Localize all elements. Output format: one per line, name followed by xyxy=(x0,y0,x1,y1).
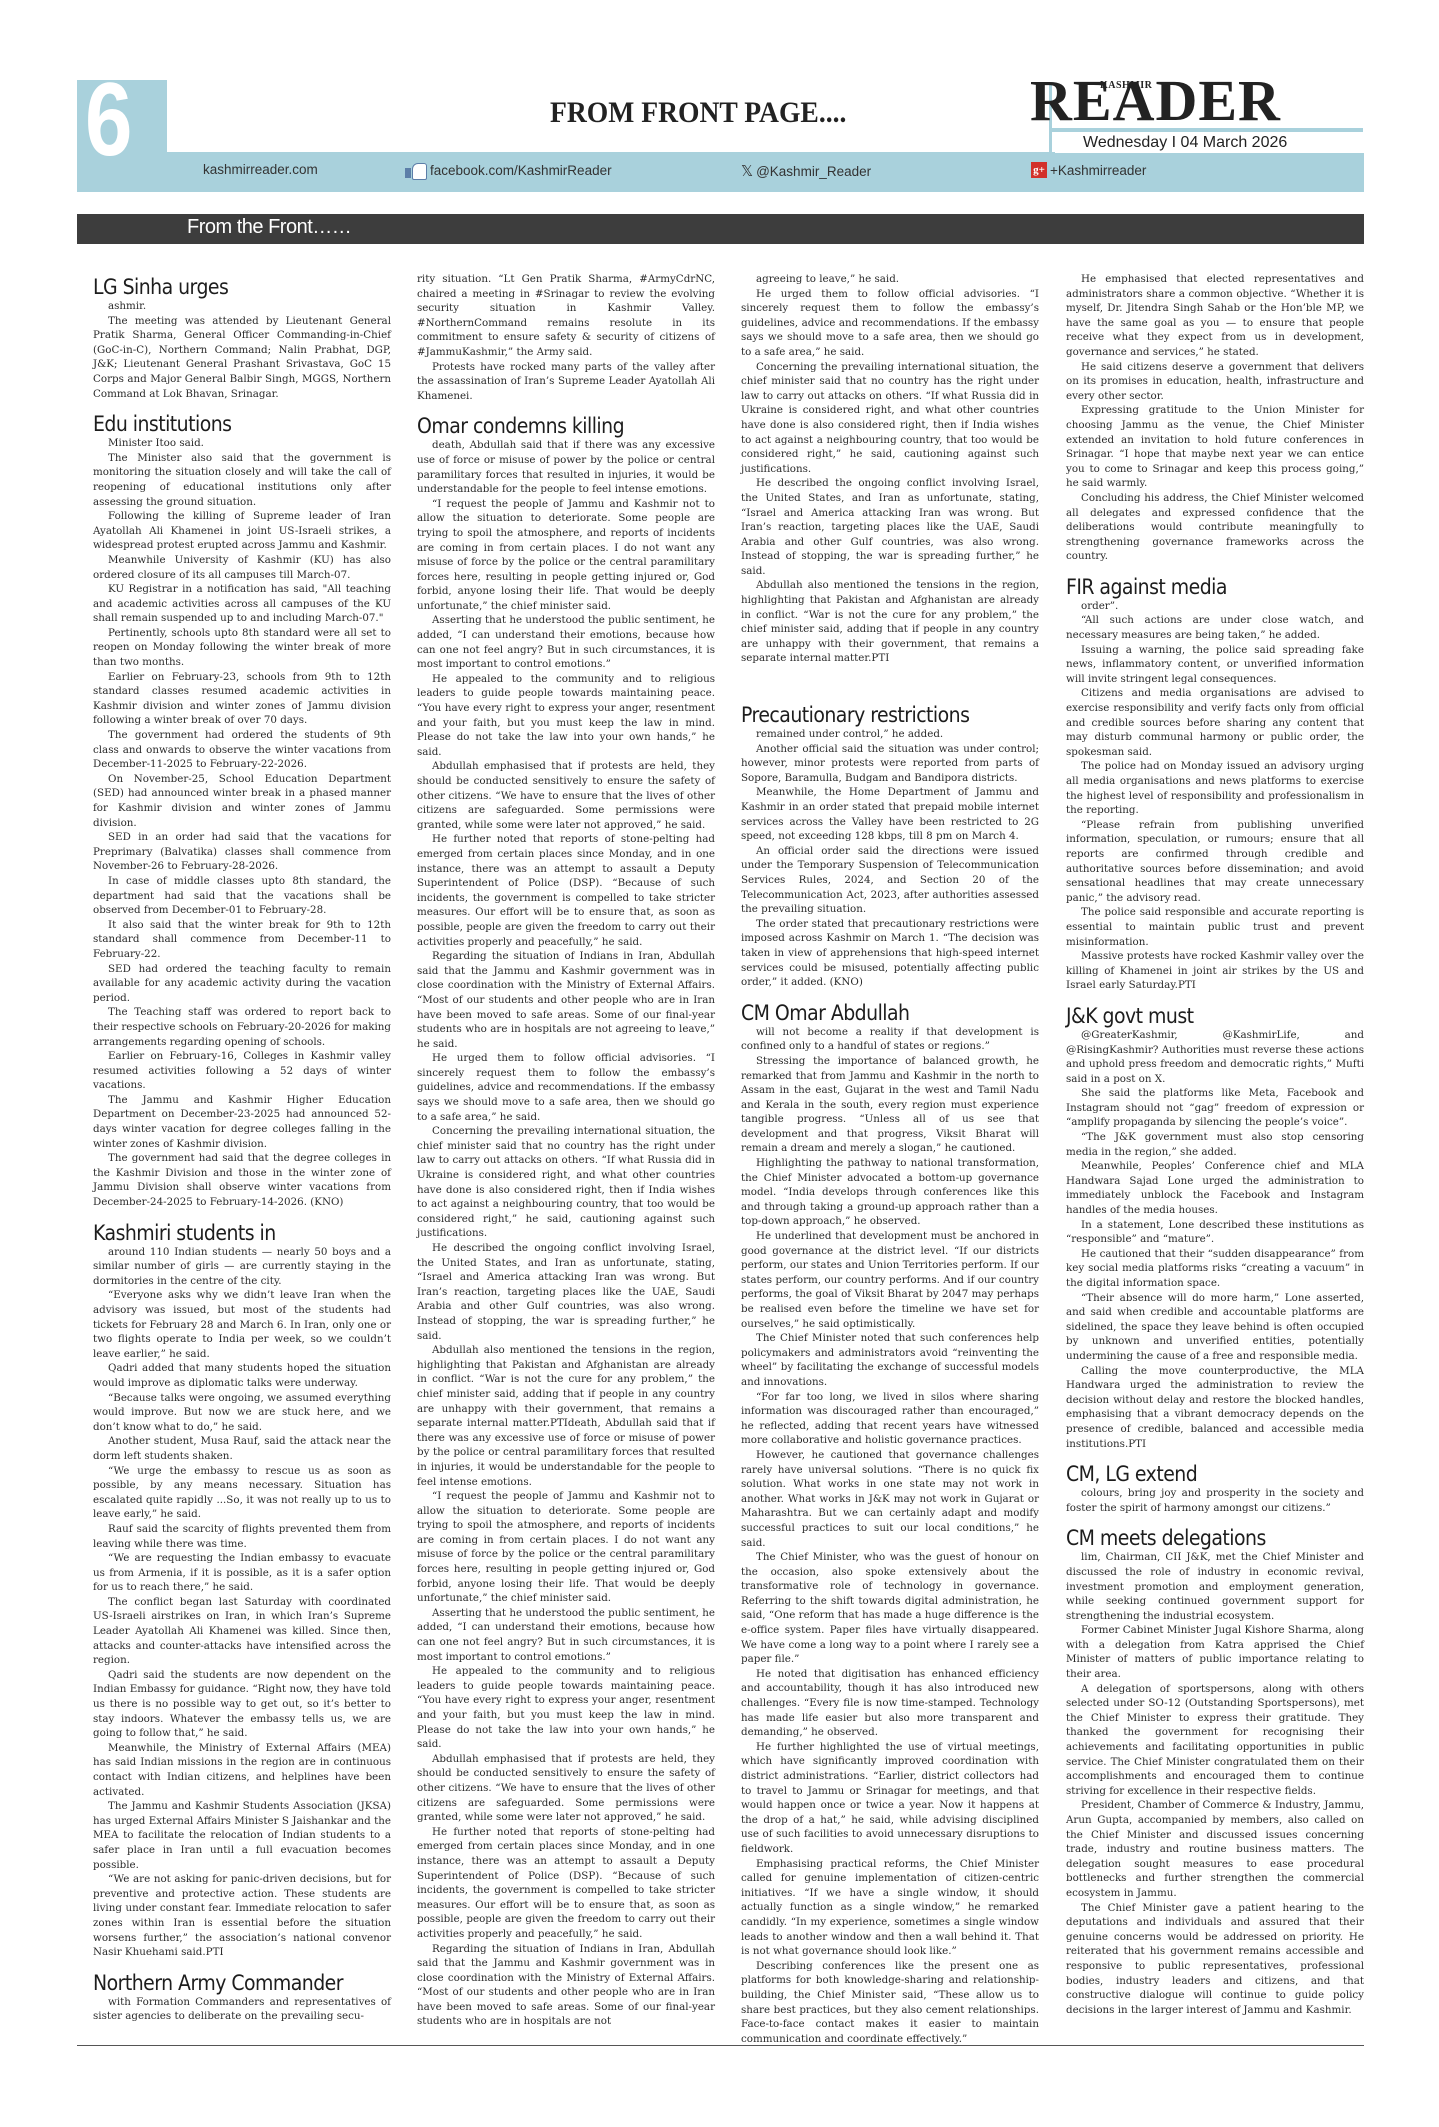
paragraph: @GreaterKashmir, @KashmirLife, and @Risi… xyxy=(1066,1028,1364,1086)
paragraph: “We are not asking for panic-driven deci… xyxy=(93,1872,391,1960)
article-omar-continued: agreeing to leave,” he said.He urged the… xyxy=(741,272,1039,666)
paragraph: He described the ongoing conflict involv… xyxy=(417,1241,715,1343)
x-logo-icon: 𝕏 xyxy=(741,162,753,180)
page-title: FROM FRONT PAGE.... xyxy=(550,96,846,130)
x-link[interactable]: 𝕏@Kashmir_Reader xyxy=(741,162,871,180)
paragraph: He appealed to the community and to reli… xyxy=(417,672,715,760)
column-3: agreeing to leave,” he said.He urged the… xyxy=(741,272,1039,2046)
paragraph: Another student, Musa Rauf, said the att… xyxy=(93,1434,391,1463)
headline: Omar condemns killing xyxy=(417,415,685,437)
article-cm-omar-abdullah: CM Omar Abdullah will not become a reali… xyxy=(741,1002,1039,2047)
paragraph: agreeing to leave,” he said. xyxy=(741,272,1039,287)
paragraph: “All such actions are under close watch,… xyxy=(1066,613,1364,642)
paragraph: Rauf said the scarcity of flights preven… xyxy=(93,1522,391,1551)
paragraph: Another official said the situation was … xyxy=(741,742,1039,786)
column-1: LG Sinha urges ashmir.The meeting was at… xyxy=(93,272,391,2024)
paragraph: Highlighting the pathway to national tra… xyxy=(741,1156,1039,1229)
paragraph: will not become a reality if that develo… xyxy=(741,1025,1039,1054)
paragraph: However, he cautioned that governance ch… xyxy=(741,1448,1039,1550)
paragraph: remained under control,” he added. xyxy=(741,727,1039,742)
article-cm-omar-continued: He emphasised that elected representativ… xyxy=(1066,272,1364,564)
paragraph: The Chief Minister noted that such confe… xyxy=(741,1331,1039,1389)
paragraph: Minister Itoo said. xyxy=(93,436,391,451)
paragraph: SED had ordered the teaching faculty to … xyxy=(93,962,391,1006)
paragraph: On November-25, School Education Departm… xyxy=(93,772,391,830)
paragraph: Meanwhile, Peoples’ Conference chief and… xyxy=(1066,1159,1364,1217)
paragraph: He urged them to follow official advisor… xyxy=(741,287,1039,360)
paragraph: The conflict began last Saturday with co… xyxy=(93,1595,391,1668)
paragraph: “The J&K government must also stop censo… xyxy=(1066,1130,1364,1159)
paragraph: The Minister also said that the governme… xyxy=(93,451,391,509)
article-body: @GreaterKashmir, @KashmirLife, and @Risi… xyxy=(1066,1028,1364,1451)
paragraph: The Teaching staff was ordered to report… xyxy=(93,1005,391,1049)
article-northern-army: Northern Army Commander with Formation C… xyxy=(93,1972,391,2024)
paragraph: The order stated that precautionary rest… xyxy=(741,917,1039,990)
paragraph: Calling the move counterproductive, the … xyxy=(1066,1364,1364,1452)
article-kashmiri-students: Kashmiri students in around 110 Indian s… xyxy=(93,1222,391,1960)
article-body: with Formation Commanders and representa… xyxy=(93,1995,391,2024)
article-body: ashmir.The meeting was attended by Lieut… xyxy=(93,299,391,401)
paragraph: He appealed to the community and to reli… xyxy=(417,1664,715,1752)
paragraph: Meanwhile University of Kashmir (KU) has… xyxy=(93,553,391,582)
paragraph: Meanwhile, the Home Department of Jammu … xyxy=(741,785,1039,843)
brand-logo-small: KASHMIR xyxy=(1100,80,1152,91)
paragraph: Qadri added that many students hoped the… xyxy=(93,1361,391,1390)
paragraph: around 110 Indian students — nearly 50 b… xyxy=(93,1245,391,1289)
paragraph: He further noted that reports of stone-p… xyxy=(417,1825,715,1942)
paragraph: “Their absence will do more harm,” Lone … xyxy=(1066,1291,1364,1364)
paragraph: KU Registrar in a notification has said,… xyxy=(93,582,391,626)
article-body: lim, Chairman, CII J&K, met the Chief Mi… xyxy=(1066,1550,1364,2017)
paragraph: order”. xyxy=(1066,599,1364,614)
paragraph: Expressing gratitude to the Union Minist… xyxy=(1066,403,1364,491)
article-precautionary-restrictions: Precautionary restrictions remained unde… xyxy=(741,704,1039,990)
paragraph: The government had ordered the students … xyxy=(93,728,391,772)
paragraph: “Because talks were ongoing, we assumed … xyxy=(93,1391,391,1435)
headline: CM, LG extend xyxy=(1066,1463,1334,1485)
paragraph: Abdullah emphasised that if protests are… xyxy=(417,759,715,832)
paragraph: He underlined that development must be a… xyxy=(741,1229,1039,1331)
paragraph: The Jammu and Kashmir Students Associati… xyxy=(93,1799,391,1872)
paragraph: Meanwhile, the Ministry of External Affa… xyxy=(93,1741,391,1799)
paragraph: Regarding the situation of Indians in Ir… xyxy=(417,949,715,1051)
paragraph: Asserting that he understood the public … xyxy=(417,613,715,671)
article-body: around 110 Indian students — nearly 50 b… xyxy=(93,1245,391,1960)
paragraph: Concerning the prevailing international … xyxy=(741,360,1039,477)
paragraph: She said the platforms like Meta, Facebo… xyxy=(1066,1086,1364,1130)
article-lg-sinha: LG Sinha urges ashmir.The meeting was at… xyxy=(93,276,391,401)
paragraph: lim, Chairman, CII J&K, met the Chief Mi… xyxy=(1066,1550,1364,1623)
paragraph: The government had said that the degree … xyxy=(93,1151,391,1209)
paragraph: Emphasising practical reforms, the Chief… xyxy=(741,1857,1039,1959)
section-label: From the Front…… xyxy=(187,216,351,239)
paragraph: “Please refrain from publishing unverifi… xyxy=(1066,818,1364,906)
paragraph: A delegation of sportspersons, along wit… xyxy=(1066,1682,1364,1799)
paragraph: “I request the people of Jammu and Kashm… xyxy=(417,497,715,614)
headline: J&K govt must xyxy=(1066,1005,1334,1027)
article-omar-condemns: Omar condemns killing death, Abdullah sa… xyxy=(417,415,715,2029)
article-edu-institutions: Edu institutions Minister Itoo said.The … xyxy=(93,413,391,1209)
paragraph: “I request the people of Jammu and Kashm… xyxy=(417,1489,715,1606)
page-number: 6 xyxy=(85,68,131,172)
paragraph: President, Chamber of Commerce & Industr… xyxy=(1066,1798,1364,1900)
article-body: Minister Itoo said.The Minister also sai… xyxy=(93,436,391,1209)
paragraph: Earlier on February-16, Colleges in Kash… xyxy=(93,1049,391,1093)
paragraph: Concluding his address, the Chief Minist… xyxy=(1066,491,1364,564)
paragraph: In case of middle classes upto 8th stand… xyxy=(93,874,391,918)
paragraph: Former Cabinet Minister Jugal Kishore Sh… xyxy=(1066,1623,1364,1681)
paragraph: Protests have rocked many parts of the v… xyxy=(417,360,715,404)
paragraph: with Formation Commanders and representa… xyxy=(93,1995,391,2024)
article-fir-against-media: FIR against media order”.“All such actio… xyxy=(1066,576,1364,993)
paragraph: “Everyone asks why we didn’t leave Iran … xyxy=(93,1288,391,1361)
paragraph: Concerning the prevailing international … xyxy=(417,1124,715,1241)
brand-logo: READER xyxy=(1030,72,1281,130)
paragraph: Following the killing of Supreme leader … xyxy=(93,509,391,553)
article-body: colours, bring joy and prosperity in the… xyxy=(1066,1486,1364,1515)
paragraph: He further highlighted the use of virtua… xyxy=(741,1740,1039,1857)
paragraph: colours, bring joy and prosperity in the… xyxy=(1066,1486,1364,1515)
headline: CM Omar Abdullah xyxy=(741,1002,1009,1024)
paragraph: Abdullah also mentioned the tensions in … xyxy=(741,578,1039,666)
paragraph: SED in an order had said that the vacati… xyxy=(93,830,391,874)
paragraph: He noted that digitisation has enhanced … xyxy=(741,1667,1039,1740)
paragraph: He cautioned that their “sudden disappea… xyxy=(1066,1247,1364,1291)
article-jk-govt-must: J&K govt must @GreaterKashmir, @KashmirL… xyxy=(1066,1005,1364,1451)
article-body: will not become a reality if that develo… xyxy=(741,1025,1039,2047)
article-body: death, Abdullah said that if there was a… xyxy=(417,438,715,2029)
paragraph: Describing conferences like the present … xyxy=(741,1959,1039,2047)
paragraph: rity situation. “Lt Gen Pratik Sharma, #… xyxy=(417,272,715,360)
headline: FIR against media xyxy=(1066,576,1334,598)
paragraph: It also said that the winter break for 9… xyxy=(93,918,391,962)
article-cm-lg-extend: CM, LG extend colours, bring joy and pro… xyxy=(1066,1463,1364,1515)
paragraph: The police had on Monday issued an advis… xyxy=(1066,759,1364,817)
issue-date: Wednesday I 04 March 2026 xyxy=(1083,134,1287,152)
paragraph: The Chief Minister, who was the guest of… xyxy=(741,1550,1039,1667)
paragraph: In a statement, Lone described these ins… xyxy=(1066,1218,1364,1247)
headline: Northern Army Commander xyxy=(93,1972,361,1994)
paragraph: death, Abdullah said that if there was a… xyxy=(417,438,715,496)
paragraph: The Chief Minister gave a patient hearin… xyxy=(1066,1901,1364,2018)
headline: Edu institutions xyxy=(93,413,361,435)
article-body: remained under control,” he added.Anothe… xyxy=(741,727,1039,990)
bottom-rule xyxy=(77,2045,1364,2046)
paragraph: Qadri said the students are now dependen… xyxy=(93,1668,391,1741)
article-northern-army-continued: rity situation. “Lt Gen Pratik Sharma, #… xyxy=(417,272,715,403)
headline: CM meets delegations xyxy=(1066,1527,1334,1549)
paragraph: Abdullah also mentioned the tensions in … xyxy=(417,1343,715,1489)
paragraph: Pertinently, schools upto 8th standard w… xyxy=(93,626,391,670)
article-cm-meets-delegations: CM meets delegations lim, Chairman, CII … xyxy=(1066,1527,1364,2017)
paragraph: The meeting was attended by Lieutenant G… xyxy=(93,314,391,402)
paragraph: Issuing a warning, the police said sprea… xyxy=(1066,643,1364,687)
paragraph: Stressing the importance of balanced gro… xyxy=(741,1054,1039,1156)
paragraph: Citizens and media organisations are adv… xyxy=(1066,686,1364,759)
paragraph: ashmir. xyxy=(93,299,391,314)
google-plus-icon: g+ xyxy=(1031,162,1047,178)
paragraph: He urged them to follow official advisor… xyxy=(417,1051,715,1124)
paragraph: Asserting that he understood the public … xyxy=(417,1606,715,1664)
gplus-link[interactable]: g++Kashmirreader xyxy=(1031,162,1146,178)
headline-rule xyxy=(167,152,1055,154)
paragraph: “For far too long, we lived in silos whe… xyxy=(741,1390,1039,1448)
thumbs-up-icon xyxy=(405,162,427,178)
paragraph: An official order said the directions we… xyxy=(741,844,1039,917)
facebook-link[interactable]: facebook.com/KashmirReader xyxy=(405,162,612,178)
paragraph: He further noted that reports of stone-p… xyxy=(417,832,715,949)
headline: Kashmiri students in xyxy=(93,1222,361,1244)
paragraph: “We are requesting the Indian embassy to… xyxy=(93,1551,391,1595)
headline: LG Sinha urges xyxy=(93,276,361,298)
paragraph: Earlier on February-23, schools from 9th… xyxy=(93,670,391,728)
headline: Precautionary restrictions xyxy=(741,704,1009,726)
paragraph: He described the ongoing conflict involv… xyxy=(741,476,1039,578)
paragraph: “We urge the embassy to rescue us as soo… xyxy=(93,1464,391,1522)
paragraph: He said citizens deserve a government th… xyxy=(1066,360,1364,404)
column-4: He emphasised that elected representativ… xyxy=(1066,272,1364,2017)
paragraph: Abdullah emphasised that if protests are… xyxy=(417,1752,715,1825)
website-link[interactable]: kashmirreader.com xyxy=(203,162,318,177)
paragraph: He emphasised that elected representativ… xyxy=(1066,272,1364,360)
paragraph: Regarding the situation of Indians in Ir… xyxy=(417,1942,715,2030)
column-2: rity situation. “Lt Gen Pratik Sharma, #… xyxy=(417,272,715,2029)
paragraph: The police said responsible and accurate… xyxy=(1066,905,1364,949)
paragraph: Massive protests have rocked Kashmir val… xyxy=(1066,949,1364,993)
paragraph: The Jammu and Kashmir Higher Education D… xyxy=(93,1093,391,1151)
article-body: order”.“All such actions are under close… xyxy=(1066,599,1364,993)
